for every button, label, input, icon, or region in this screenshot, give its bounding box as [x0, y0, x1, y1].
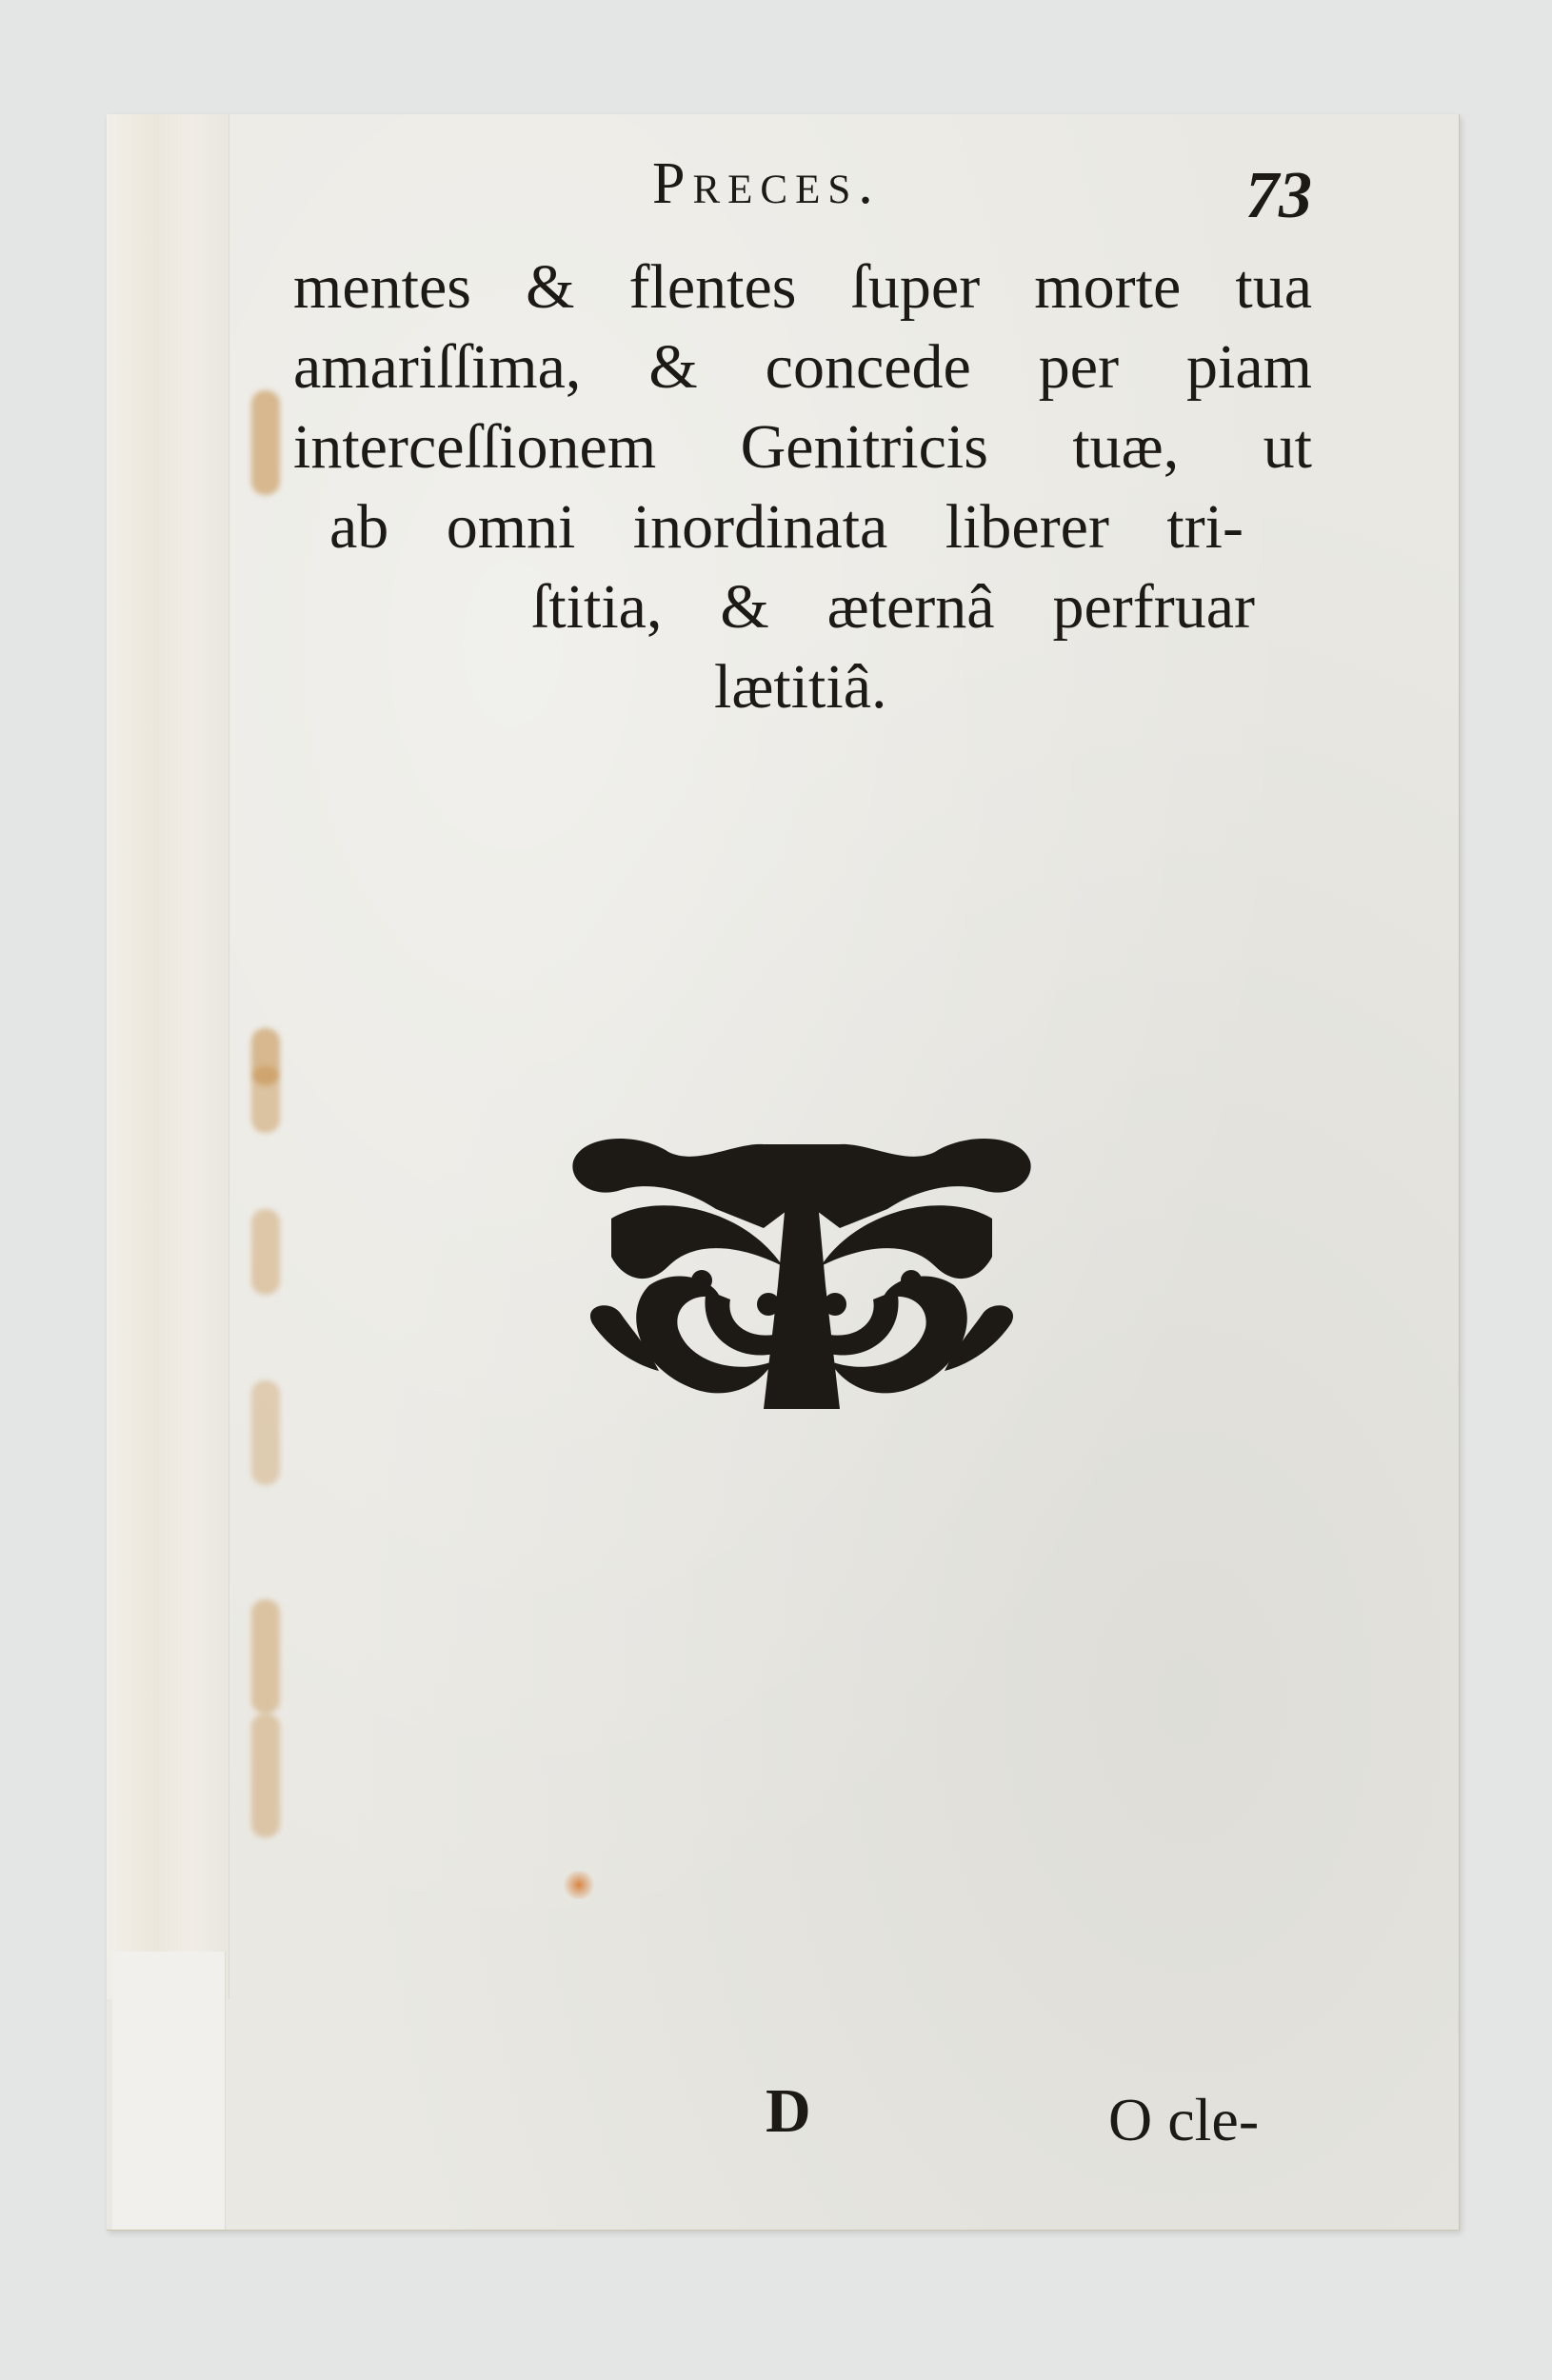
rust-spot [562, 1871, 596, 1899]
text-line: ſtitia, & æternâ perfruar [293, 567, 1255, 647]
text-line: lætitiâ. [293, 647, 1312, 727]
book-page: Preces. 73 mentes & flentes ſuper morte … [107, 114, 1460, 2231]
binding-tape-strip [107, 114, 229, 1999]
repair-tape-patch [112, 1952, 226, 2230]
foxing-stain [251, 1714, 280, 1837]
foxing-stain [251, 1599, 280, 1714]
foxing-stain [251, 1380, 280, 1485]
tailpiece-ornament-icon [554, 1123, 1049, 1418]
running-head: Preces. [652, 150, 881, 218]
foxing-stain [251, 1066, 280, 1133]
text-line: amariſſima, & concede per piam [293, 327, 1312, 407]
signature-mark: D [766, 2075, 811, 2148]
catchword: O cle- [1108, 2085, 1259, 2155]
text-line: ab omni inordinata liberer tri- [293, 487, 1244, 567]
foxing-stain [251, 1209, 280, 1295]
page-number: 73 [1245, 158, 1312, 234]
text-line: interceſſionem Genitricis tuæ, ut [293, 407, 1312, 487]
foxing-stain [251, 390, 280, 495]
text-line: mentes & flentes ſuper morte tua [293, 248, 1312, 327]
body-text: mentes & flentes ſuper morte tua amariſſ… [293, 248, 1312, 727]
